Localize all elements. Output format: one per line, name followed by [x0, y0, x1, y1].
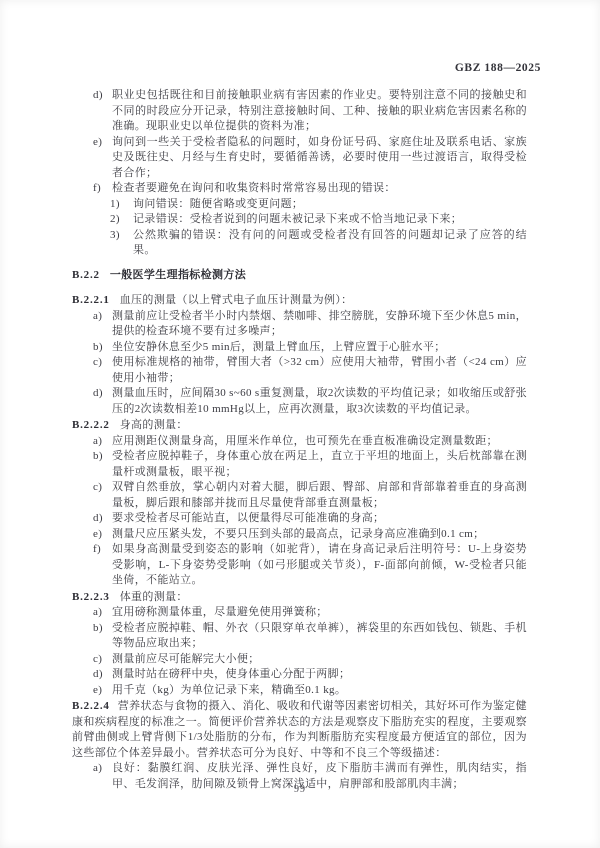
- list-item-label: 3): [110, 228, 133, 244]
- section-heading: B.2.2一般医学生理指标检测方法: [72, 268, 527, 284]
- list-item-label: b): [93, 449, 112, 465]
- list-item-label: c): [93, 355, 112, 371]
- list-item: b)受检者应脱掉鞋子，身体重心放在两足上，直立于平坦的地面上，头后枕部靠在测量杆…: [72, 449, 527, 480]
- list-item-text: 如果身高测量受到姿态的影响（如驼背），请在身高记录后注明符号：U-上身姿势受影响…: [112, 542, 527, 589]
- list-item-label: d): [93, 511, 112, 527]
- page-header-standard-number: GBZ 188—2025: [455, 62, 541, 74]
- list-item-label: d): [93, 386, 112, 402]
- list-item: e)测量尺应压紧头发，不要只压到头部的最高点，记录身高应准确到0.1 cm；: [72, 527, 527, 543]
- list-item: c)测量前应尽可能解完大小便；: [72, 652, 527, 668]
- list-item: e)用千克（kg）为单位记录下来，精确至0.1 kg。: [72, 683, 527, 699]
- clause-number: B.2.2.1: [72, 294, 110, 306]
- list-item: 2)记录错误：受检者说到的问题未被记录下来或不恰当地记录下来；: [72, 212, 527, 228]
- list-item-label: c): [93, 480, 112, 496]
- clause-title: 一般医学生理指标检测方法: [110, 269, 246, 281]
- clause-heading: B.2.2.1血压的测量（以上臂式电子血压计测量为例）：: [72, 293, 527, 309]
- paragraph-text: 营养状态与食物的摄入、消化、吸收和代谢等因素密切相关，其好坏可作为鉴定健康和疾病…: [72, 700, 527, 759]
- list-item-label: f): [93, 542, 112, 558]
- list-item-label: d): [93, 88, 112, 104]
- list-item-text: 测量尺应压紧头发，不要只压到头部的最高点，记录身高应准确到0.1 cm；: [112, 527, 527, 543]
- list-item-text: 询问到一些关于受检者隐私的问题时，如身份证号码、家庭住址及联系电话、家族史及既往…: [112, 135, 527, 182]
- clause-heading: B.2.2.3体重的测量：: [72, 590, 527, 606]
- list-item-label: e): [93, 527, 112, 543]
- list-item-label: e): [93, 683, 112, 699]
- list-item-label: c): [93, 652, 112, 668]
- clause-title: 身高的测量：: [120, 419, 188, 431]
- list-item: b)坐位安静休息至少5 min后，测量上臂血压，上臂应置于心脏水平；: [72, 340, 527, 356]
- list-item-text: 坐位安静休息至少5 min后，测量上臂血压，上臂应置于心脏水平；: [112, 340, 527, 356]
- list-item-text: 双臂自然垂放，掌心朝内对着大腿，脚后跟、臀部、肩部和背部靠着垂直的身高测量板，脚…: [112, 480, 527, 511]
- list-item: a)宜用磅称测量体重，尽量避免使用弹簧称；: [72, 605, 527, 621]
- list-item: c)双臂自然垂放，掌心朝内对着大腿，脚后跟、臀部、肩部和背部靠着垂直的身高测量板…: [72, 480, 527, 511]
- document-body: d)职业史包括既往和目前接触职业病有害因素的作业史。要特别注意不同的接触史和不同…: [0, 88, 600, 792]
- list-item-label: a): [93, 605, 112, 621]
- list-item-text: 受检者应脱掉鞋子，身体重心放在两足上，直立于平坦的地面上，头后枕部靠在测量杆或测…: [112, 449, 527, 480]
- clause-number: B.2.2.2: [72, 419, 110, 431]
- list-item-label: 1): [110, 197, 133, 213]
- list-item: a)测量前应让受检者半小时内禁烟、禁咖啡、排空膀胱，安静环境下至少休息5 min…: [72, 309, 527, 340]
- list-item-text: 宜用磅称测量体重，尽量避免使用弹簧称；: [112, 605, 527, 621]
- list-item-text: 测量时站在磅秤中央，使身体重心分配于两脚；: [112, 667, 527, 683]
- clause-heading: B.2.2.2身高的测量：: [72, 418, 527, 434]
- page-number: 99: [0, 784, 600, 795]
- list-item-text: 检查者要避免在询问和收集资料时常常容易出现的错误：: [112, 181, 527, 197]
- clause-title: 血压的测量（以上臂式电子血压计测量为例）：: [120, 294, 353, 306]
- list-item-text: 应用测距仪测量身高，用厘米作单位，也可预先在垂直板准确设定测量数距；: [112, 434, 527, 450]
- list-item-label: a): [93, 761, 112, 777]
- list-item-label: b): [93, 621, 112, 637]
- list-item: 1)询问错误：随便省略或变更问题；: [72, 197, 527, 213]
- clause-paragraph: B.2.2.4营养状态与食物的摄入、消化、吸收和代谢等因素密切相关，其好坏可作为…: [72, 699, 527, 761]
- list-item-text: 使用标准规格的袖带，臂围大者（>32 cm）应使用大袖带，臂围小者（<24 cm…: [112, 355, 527, 386]
- list-item: c)使用标准规格的袖带，臂围大者（>32 cm）应使用大袖带，臂围小者（<24 …: [72, 355, 527, 386]
- list-item-text: 询问错误：随便省略或变更问题；: [133, 197, 527, 213]
- list-item: d)职业史包括既往和目前接触职业病有害因素的作业史。要特别注意不同的接触史和不同…: [72, 88, 527, 135]
- list-item: d)测量血压时，应间隔30 s~60 s重复测量，取2次读数的平均值记录；如收缩…: [72, 386, 527, 417]
- list-item-text: 用千克（kg）为单位记录下来，精确至0.1 kg。: [112, 683, 527, 699]
- list-item-text: 受检者应脱掉鞋、帽、外衣（只限穿单衣单裤），裤袋里的东西如钱包、锁匙、手机等物品…: [112, 621, 527, 652]
- list-item-label: 2): [110, 212, 133, 228]
- list-item-text: 测量血压时，应间隔30 s~60 s重复测量，取2次读数的平均值记录；如收缩压或…: [112, 386, 527, 417]
- list-item: f)检查者要避免在询问和收集资料时常常容易出现的错误：: [72, 181, 527, 197]
- list-item-text: 测量前应尽可能解完大小便；: [112, 652, 527, 668]
- list-item-label: a): [93, 309, 112, 325]
- list-item: a)应用测距仪测量身高，用厘米作单位，也可预先在垂直板准确设定测量数距；: [72, 434, 527, 450]
- list-item-text: 测量前应让受检者半小时内禁烟、禁咖啡、排空膀胱，安静环境下至少休息5 min，提…: [112, 309, 527, 340]
- list-item-text: 公然欺骗的错误：没有问的问题或受检者没有回答的问题却记录了应答的结果。: [133, 228, 527, 259]
- list-item-label: e): [93, 135, 112, 151]
- clause-title: 体重的测量：: [120, 591, 188, 603]
- clause-number: B.2.2: [72, 269, 100, 281]
- list-item: f)如果身高测量受到姿态的影响（如驼背），请在身高记录后注明符号：U-上身姿势受…: [72, 542, 527, 589]
- list-item-label: f): [93, 181, 112, 197]
- list-item: 3)公然欺骗的错误：没有问的问题或受检者没有回答的问题却记录了应答的结果。: [72, 228, 527, 259]
- clause-number: B.2.2.4: [72, 700, 110, 712]
- list-item-label: b): [93, 340, 112, 356]
- list-item: d)测量时站在磅秤中央，使身体重心分配于两脚；: [72, 667, 527, 683]
- list-item-text: 要求受检者尽可能站直，以便量得尽可能准确的身高；: [112, 511, 527, 527]
- list-item-text: 记录错误：受检者说到的问题未被记录下来或不恰当地记录下来；: [133, 212, 527, 228]
- list-item: d)要求受检者尽可能站直，以便量得尽可能准确的身高；: [72, 511, 527, 527]
- list-item-text: 职业史包括既往和目前接触职业病有害因素的作业史。要特别注意不同的接触史和不同的时…: [112, 88, 527, 135]
- document-page: GBZ 188—2025 d)职业史包括既往和目前接触职业病有害因素的作业史。要…: [0, 0, 600, 848]
- list-item: b)受检者应脱掉鞋、帽、外衣（只限穿单衣单裤），裤袋里的东西如钱包、锁匙、手机等…: [72, 621, 527, 652]
- list-item-label: d): [93, 667, 112, 683]
- list-item: e)询问到一些关于受检者隐私的问题时，如身份证号码、家庭住址及联系电话、家族史及…: [72, 135, 527, 182]
- list-item-label: a): [93, 434, 112, 450]
- clause-number: B.2.2.3: [72, 591, 110, 603]
